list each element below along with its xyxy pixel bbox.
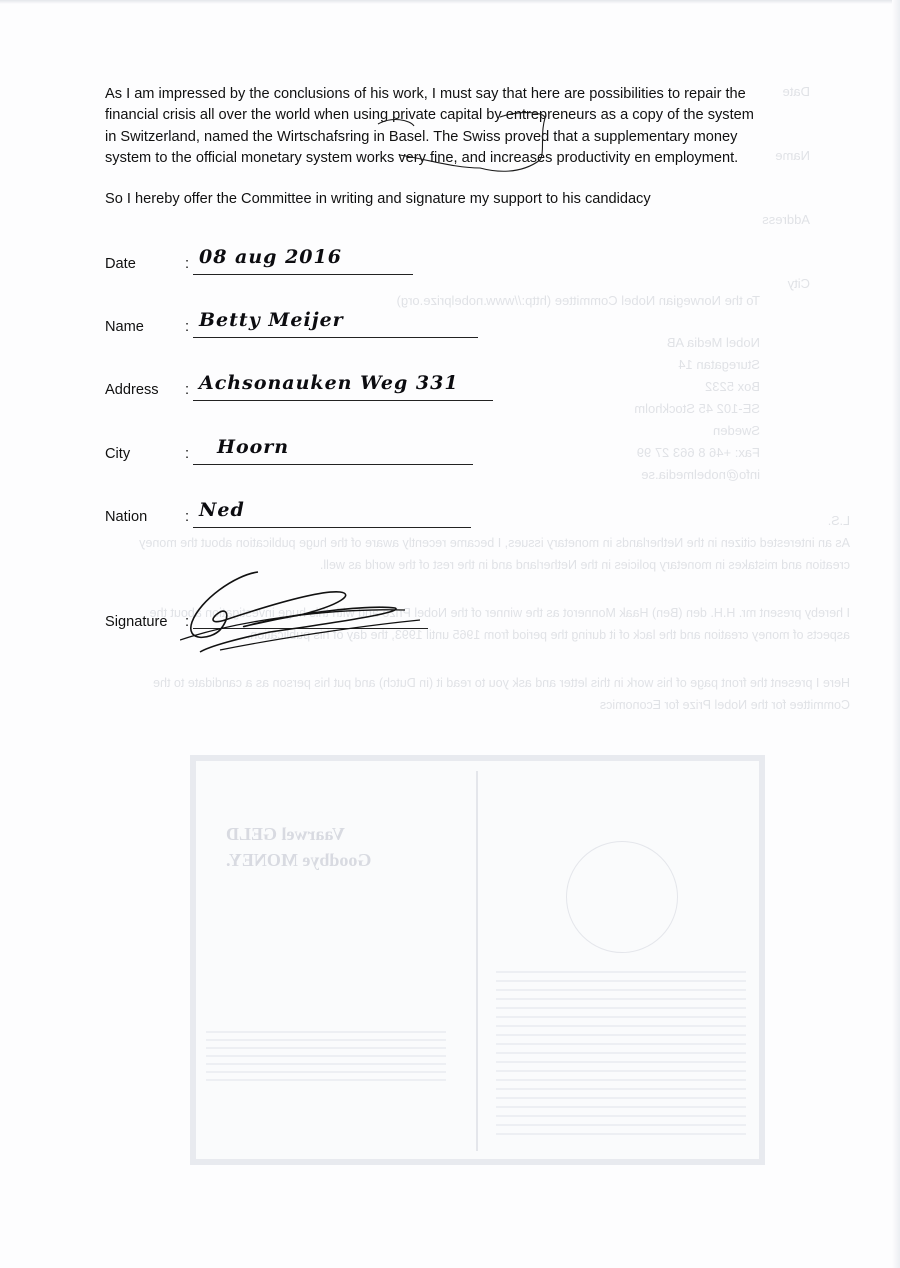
city-underline	[193, 464, 473, 465]
name-underline	[193, 337, 478, 338]
address-label: Address	[105, 382, 159, 398]
city-label: City	[105, 446, 130, 462]
signature-label: Signature	[105, 614, 167, 630]
cover-title-line: Goodbye MONEY.	[226, 847, 446, 873]
date-label: Date	[105, 256, 136, 272]
cover-title: Vaarwel GELD Goodbye MONEY.	[226, 821, 446, 873]
nation-underline	[193, 527, 471, 528]
name-label: Name	[105, 319, 144, 335]
handwritten-correction-mark	[0, 0, 900, 260]
nation-label: Nation	[105, 509, 147, 525]
handwritten-signature[interactable]	[180, 560, 420, 660]
cover-text-block	[206, 1031, 446, 1081]
colon: :	[185, 446, 189, 462]
cover-diagram	[566, 841, 678, 953]
colon: :	[185, 382, 189, 398]
colon: :	[185, 256, 189, 272]
bleed-line: Fax: +46 8 663 27 99	[330, 442, 760, 464]
cover-text-block	[496, 971, 746, 1141]
bleed-line: info@nobelmedia.se	[330, 464, 760, 486]
colon: :	[185, 319, 189, 335]
cover-spine	[476, 771, 478, 1151]
bleed-line: To the Norwegian Nobel Committee (http:/…	[330, 290, 760, 312]
address-value-handwritten[interactable]: Achsonauken Weg 331	[199, 372, 459, 394]
date-value-handwritten[interactable]: 08 aug 2016	[199, 246, 342, 268]
bleed-paragraph: Here I present the front page of his wor…	[130, 672, 850, 716]
name-value-handwritten[interactable]: Betty Meijer	[199, 309, 344, 331]
nation-value-handwritten[interactable]: Ned	[199, 499, 245, 521]
bleed-through-book-cover: Vaarwel GELD Goodbye MONEY.	[190, 755, 765, 1165]
bleed-line: Sweden	[330, 420, 760, 442]
date-underline	[193, 274, 413, 275]
city-value-handwritten[interactable]: Hoorn	[217, 436, 289, 458]
cover-title-line: Vaarwel GELD	[226, 821, 446, 847]
colon: :	[185, 509, 189, 525]
address-underline	[193, 400, 493, 401]
bleed-line: Nobel Media AB	[330, 332, 760, 354]
bleed-line: SE-102 45 Stockholm	[330, 398, 760, 420]
